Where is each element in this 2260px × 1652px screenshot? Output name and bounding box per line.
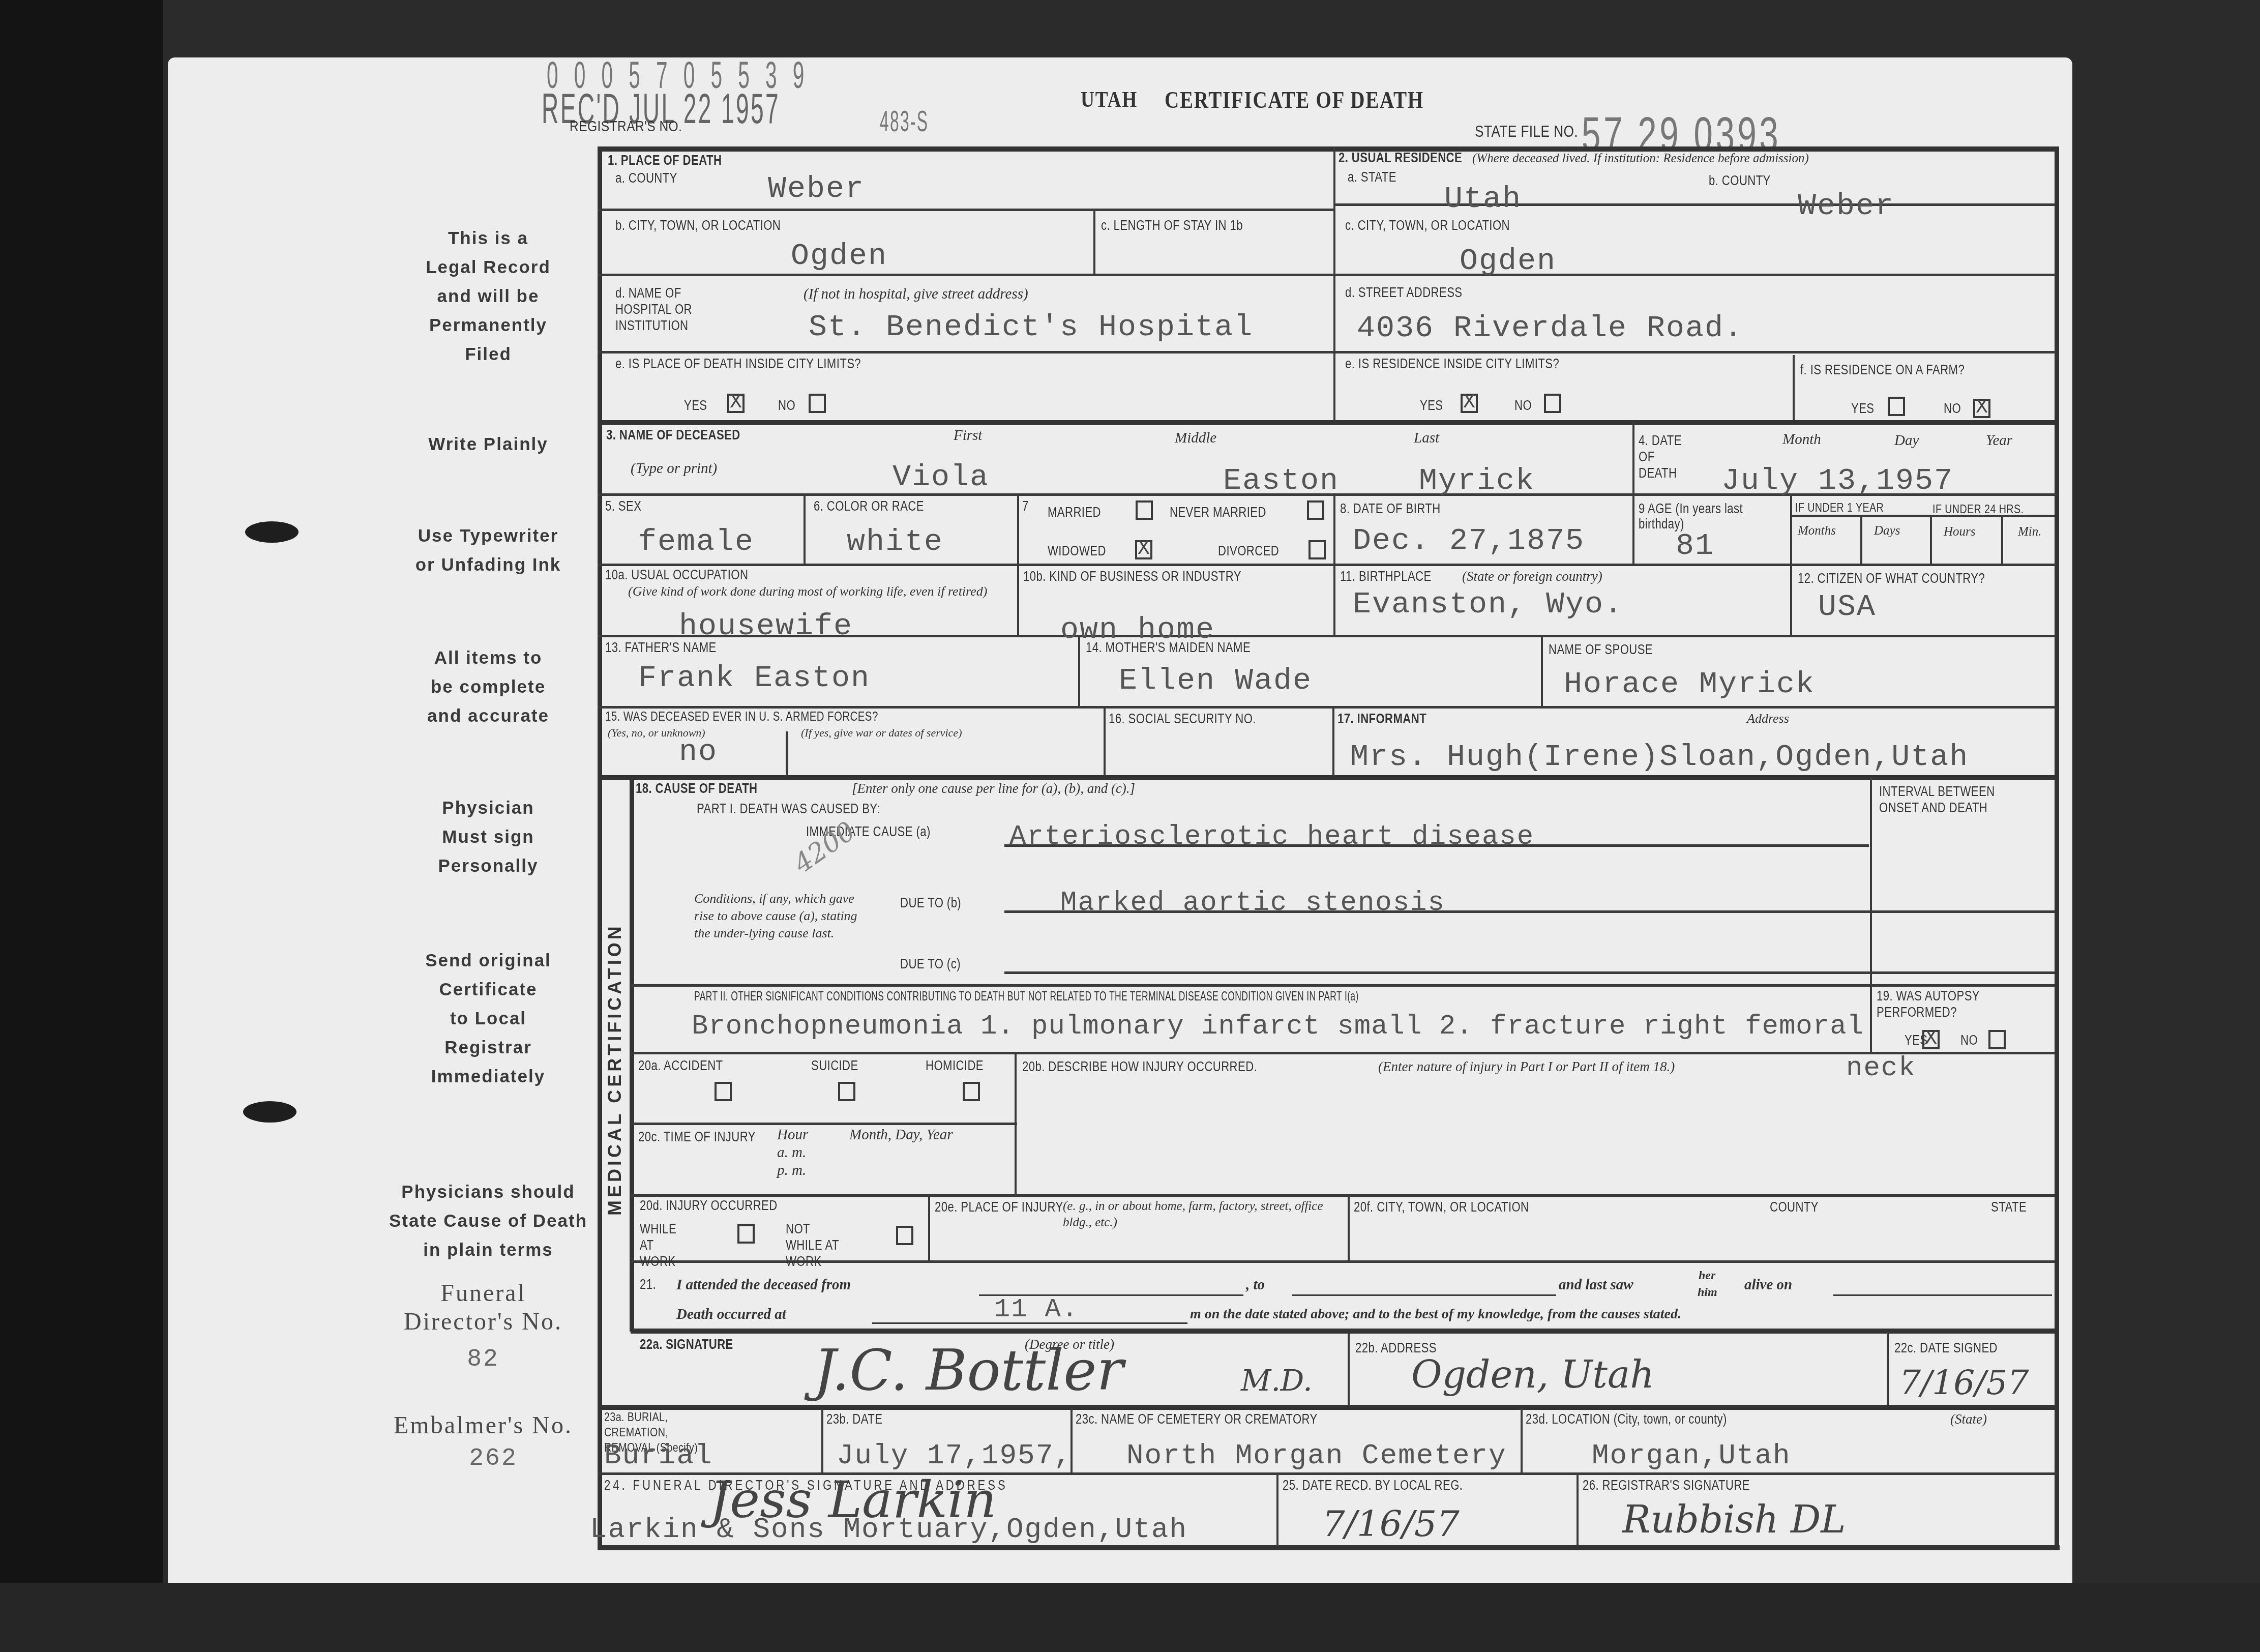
attended-to-text: , to bbox=[1246, 1277, 1265, 1293]
age-label: 9 AGE (In years last birthday) bbox=[1639, 501, 1760, 532]
embalmer-no-label: Embalmer's No. bbox=[371, 1411, 595, 1440]
margin-note-write-plainly: Write Plainly bbox=[386, 430, 590, 459]
injury-state-label: STATE bbox=[1991, 1199, 2027, 1215]
divider bbox=[1870, 777, 1872, 1052]
divider bbox=[598, 775, 2057, 780]
punch-hole bbox=[243, 1101, 296, 1123]
death-city-value[interactable]: Ogden bbox=[791, 239, 887, 274]
divider bbox=[631, 1329, 2055, 1334]
due-to-b-value[interactable]: Marked aortic stenosis bbox=[1060, 888, 1445, 919]
scan-border-bottom bbox=[0, 1583, 2260, 1652]
divider bbox=[598, 209, 1335, 211]
her-label: her bbox=[1699, 1269, 1715, 1283]
divider bbox=[598, 274, 2057, 276]
no-label: NO bbox=[1944, 401, 1961, 417]
physician-address[interactable]: Ogden, Utah bbox=[1411, 1353, 1654, 1397]
cause-of-death-label: 18. CAUSE OF DEATH bbox=[636, 781, 757, 796]
widowed-checkbox[interactable]: X bbox=[1135, 540, 1152, 559]
funeral-director-no-label: Funeral Director's No. bbox=[371, 1279, 595, 1336]
divider bbox=[1333, 203, 2056, 206]
alive-on-line[interactable] bbox=[1833, 1294, 2052, 1296]
describe-injury-hint: (Enter nature of injury in Part I or Par… bbox=[1378, 1059, 1675, 1075]
birthplace-hint: (State or foreign country) bbox=[1462, 569, 1602, 584]
date-recd-value[interactable]: 7/16/57 bbox=[1322, 1503, 1460, 1545]
farm-no-checkbox[interactable]: X bbox=[1973, 399, 1990, 418]
divider bbox=[598, 564, 2057, 566]
industry-label: 10b. KIND OF BUSINESS OR INDUSTRY bbox=[1023, 569, 1241, 584]
death-inside-city-no-checkbox[interactable] bbox=[809, 394, 826, 413]
informant-address-label: Address bbox=[1747, 711, 1789, 726]
type-or-print-hint: (Type or print) bbox=[631, 460, 717, 477]
margin-note-typewriter: Use Typewriter or Unfading Ink bbox=[386, 521, 590, 579]
death-inside-city-yes-checkbox[interactable]: X bbox=[727, 394, 745, 413]
widowed-label: WIDOWED bbox=[1048, 543, 1106, 559]
divider bbox=[631, 984, 2055, 987]
due-to-b-label: DUE TO (b) bbox=[900, 895, 961, 911]
birthplace-label: 11. BIRTHPLACE bbox=[1340, 569, 1432, 584]
residence-county-label: b. COUNTY bbox=[1709, 173, 1771, 189]
citizen-label: 12. CITIZEN OF WHAT COUNTRY? bbox=[1798, 571, 1985, 586]
yes-label: YES bbox=[1851, 401, 1875, 417]
conditions-hint: Conditions, if any, which gave rise to a… bbox=[694, 890, 862, 942]
armed-forces-value[interactable]: no bbox=[679, 735, 718, 770]
death-occurred-tail: m on the date stated above; and to the b… bbox=[1190, 1306, 1681, 1322]
residence-city-value[interactable]: Ogden bbox=[1460, 244, 1556, 279]
form-border-right bbox=[2055, 146, 2059, 1548]
divider bbox=[630, 777, 634, 1332]
year-label: Year bbox=[1986, 432, 2012, 449]
no-label: NO bbox=[1960, 1032, 1978, 1048]
burial-location-label: 23d. LOCATION (City, town, or county) bbox=[1526, 1411, 1727, 1427]
divider bbox=[1348, 1332, 1350, 1407]
registrar-signature-label: 26. REGISTRAR'S SIGNATURE bbox=[1583, 1478, 1750, 1493]
suicide-label: SUICIDE bbox=[811, 1058, 858, 1074]
part2-overflow: neck bbox=[1846, 1053, 1916, 1084]
divider bbox=[1632, 422, 1634, 494]
suicide-checkbox[interactable] bbox=[838, 1082, 855, 1101]
under-1-year-label: IF UNDER 1 YEAR bbox=[1795, 501, 1884, 515]
last-saw-text: and last saw bbox=[1559, 1277, 1633, 1293]
divider bbox=[1887, 1332, 1889, 1407]
am-label: a. m. bbox=[777, 1144, 806, 1161]
divider bbox=[1276, 1474, 1278, 1546]
residence-inside-city-label: e. IS RESIDENCE INSIDE CITY LIMITS? bbox=[1345, 356, 1559, 372]
margin-note-send-original: Send original Certificate to Local Regis… bbox=[386, 946, 590, 1091]
divider bbox=[598, 420, 2057, 425]
not-while-at-work-checkbox[interactable] bbox=[896, 1226, 913, 1245]
injury-city-label: 20f. CITY, TOWN, OR LOCATION bbox=[1354, 1199, 1529, 1215]
death-occurred-text: Death occurred at bbox=[676, 1306, 786, 1323]
residence-street-value[interactable]: 4036 Riverdale Road. bbox=[1357, 311, 1743, 346]
no-label: NO bbox=[1514, 398, 1532, 414]
divorced-label: DIVORCED bbox=[1218, 543, 1279, 559]
form-border-left bbox=[598, 146, 602, 1550]
farm-label: f. IS RESIDENCE ON A FARM? bbox=[1800, 362, 1965, 378]
first-name-label: First bbox=[954, 427, 982, 444]
date-recd-label: 25. DATE RECD. BY LOCAL REG. bbox=[1283, 1478, 1463, 1493]
divider bbox=[1104, 707, 1106, 776]
cemetery-value[interactable]: North Morgan Cemetery bbox=[1126, 1439, 1507, 1472]
street-label: d. STREET ADDRESS bbox=[1345, 285, 1462, 301]
divider bbox=[631, 1052, 2055, 1054]
divider bbox=[1541, 636, 1543, 707]
divider bbox=[631, 1194, 2055, 1197]
death-date-value[interactable]: July 13,1957 bbox=[1721, 464, 1953, 498]
state-file-label: STATE FILE NO. bbox=[1475, 122, 1578, 141]
divider bbox=[786, 731, 788, 776]
homicide-checkbox[interactable] bbox=[963, 1082, 980, 1101]
month-day-year-label: Month, Day, Year bbox=[849, 1127, 953, 1143]
form-border-bottom bbox=[598, 1545, 2060, 1550]
residence-inside-city-yes-checkbox[interactable]: X bbox=[1461, 394, 1478, 413]
never-married-checkbox[interactable] bbox=[1307, 500, 1324, 520]
title-prefix: UTAH bbox=[1081, 86, 1138, 112]
divider bbox=[928, 1195, 930, 1261]
no-label: NO bbox=[778, 398, 795, 414]
inside-city-label: e. IS PLACE OF DEATH INSIDE CITY LIMITS? bbox=[615, 356, 861, 372]
date-of-death-label: 4. DATE OF DEATH bbox=[1639, 432, 1688, 481]
death-time-value[interactable]: 11 A. bbox=[994, 1294, 1079, 1324]
margin-note-physician-sign: Physician Must sign Personally bbox=[386, 793, 590, 880]
autopsy-label: 19. WAS AUTOPSY PERFORMED? bbox=[1877, 988, 2014, 1020]
usual-residence-label: 2. USUAL RESIDENCE bbox=[1339, 150, 1462, 166]
middle-name-value[interactable]: Easton bbox=[1223, 464, 1339, 498]
signature-label: 22a. SIGNATURE bbox=[640, 1337, 733, 1352]
divider bbox=[1860, 516, 1862, 566]
divider bbox=[598, 1405, 2057, 1410]
divider bbox=[598, 351, 2057, 353]
date-signed-label: 22c. DATE SIGNED bbox=[1894, 1340, 1998, 1356]
burial-date-value[interactable]: July 17,1957, bbox=[837, 1439, 1072, 1472]
due-to-c-label: DUE TO (c) bbox=[900, 956, 961, 972]
day-label: Day bbox=[1894, 432, 1919, 449]
part2-value[interactable]: Bronchopneumonia 1. pulmonary infarct sm… bbox=[692, 1011, 1864, 1042]
middle-name-label: Middle bbox=[1175, 430, 1216, 447]
ssn-label: 16. SOCIAL SECURITY NO. bbox=[1109, 711, 1256, 727]
married-checkbox[interactable] bbox=[1136, 500, 1153, 520]
min-label: Min. bbox=[2018, 525, 2042, 539]
place-of-injury-hint: (e. g., in or about home, farm, factory,… bbox=[1063, 1198, 1343, 1231]
injury-county-label: COUNTY bbox=[1770, 1199, 1819, 1215]
last-name-value[interactable]: Myrick bbox=[1419, 464, 1535, 498]
informant-label: 17. INFORMANT bbox=[1337, 711, 1426, 727]
hospital-value[interactable]: St. Benedict's Hospital bbox=[809, 310, 1253, 345]
sex-label: 5. SEX bbox=[605, 498, 641, 514]
days-label: Days bbox=[1874, 524, 1900, 538]
divider bbox=[1093, 210, 1095, 275]
alive-on-text: alive on bbox=[1744, 1277, 1792, 1293]
yes-label: YES bbox=[684, 398, 707, 414]
margin-note-cause-plain: Physicians should State Cause of Death i… bbox=[366, 1177, 610, 1264]
scan-border-left bbox=[0, 0, 163, 1652]
time-of-injury-label: 20c. TIME OF INJURY bbox=[638, 1129, 756, 1145]
county-label: a. COUNTY bbox=[615, 170, 677, 186]
divider bbox=[1930, 516, 1932, 566]
father-value[interactable]: Frank Easton bbox=[638, 661, 870, 696]
while-at-work-checkbox[interactable] bbox=[737, 1224, 755, 1244]
burial-date-label: 23b. DATE bbox=[826, 1411, 882, 1427]
city-label: b. CITY, TOWN, OR LOCATION bbox=[615, 218, 781, 233]
while-at-work-label: WHILE AT WORK bbox=[640, 1221, 681, 1270]
hour-label: Hour bbox=[777, 1127, 808, 1143]
father-label: 13. FATHER'S NAME bbox=[605, 640, 717, 656]
marital-label: 7 bbox=[1022, 498, 1029, 514]
pm-label: p. m. bbox=[777, 1162, 806, 1179]
underline-c bbox=[1004, 971, 2055, 974]
age-value[interactable]: 81 bbox=[1676, 529, 1714, 564]
month-label: Month bbox=[1782, 431, 1821, 448]
state-label: a. STATE bbox=[1348, 169, 1396, 185]
divider bbox=[1632, 494, 1634, 566]
usual-residence-hint: (Where deceased lived. If institution: R… bbox=[1472, 152, 1809, 166]
spouse-label: NAME OF SPOUSE bbox=[1549, 642, 1653, 658]
spouse-value[interactable]: Horace Myrick bbox=[1564, 667, 1815, 702]
part1-label: PART I. DEATH WAS CAUSED BY: bbox=[697, 801, 880, 817]
armed-forces-hint-service: (If yes, give war or dates of service) bbox=[801, 726, 962, 740]
registrar-signature[interactable]: Rubbish DL bbox=[1622, 1498, 1846, 1542]
physician-signature[interactable]: J.C. Bottler bbox=[814, 1338, 1123, 1403]
mother-value[interactable]: Ellen Wade bbox=[1119, 664, 1312, 698]
length-of-stay-label: c. LENGTH OF STAY IN 1b bbox=[1101, 218, 1243, 233]
burial-location-value[interactable]: Morgan,Utah bbox=[1592, 1439, 1791, 1472]
armed-forces-label: 15. WAS DECEASED EVER IN U. S. ARMED FOR… bbox=[605, 710, 878, 724]
attended-number: 21. bbox=[640, 1277, 656, 1292]
occupation-hint: (Give kind of work done during most of w… bbox=[628, 584, 1015, 599]
divider bbox=[1521, 1408, 1523, 1474]
immediate-cause-value[interactable]: Arteriosclerotic heart disease bbox=[1009, 821, 1534, 852]
registrars-no-label: REGISTRAR'S NO. bbox=[570, 118, 682, 135]
him-label: him bbox=[1698, 1286, 1717, 1300]
divorced-checkbox[interactable] bbox=[1309, 540, 1326, 559]
describe-injury-label: 20b. DESCRIBE HOW INJURY OCCURRED. bbox=[1022, 1059, 1257, 1075]
cemetery-label: 23c. NAME OF CEMETERY OR CREMATORY bbox=[1076, 1411, 1318, 1427]
punch-hole bbox=[245, 521, 299, 543]
citizen-value[interactable]: USA bbox=[1818, 590, 1876, 625]
burial-method-value[interactable]: Burial bbox=[604, 1439, 713, 1472]
homicide-label: HOMICIDE bbox=[926, 1058, 984, 1074]
part2-label: PART II. OTHER SIGNIFICANT CONDITIONS CO… bbox=[694, 989, 1359, 1004]
divider bbox=[821, 1408, 823, 1474]
sex-value[interactable]: female bbox=[638, 525, 754, 559]
never-married-label: NEVER MARRIED bbox=[1170, 505, 1266, 520]
divider bbox=[1333, 146, 1335, 421]
residence-inside-city-no-checkbox[interactable] bbox=[1544, 394, 1561, 413]
embalmer-no: 262 bbox=[381, 1444, 605, 1473]
birth-date-label: 8. DATE OF BIRTH bbox=[1340, 501, 1441, 517]
divider bbox=[631, 1260, 2055, 1263]
birthplace-value[interactable]: Evanston, Wyo. bbox=[1353, 587, 1623, 622]
divider bbox=[1793, 355, 1795, 421]
name-of-deceased-label: 3. NAME OF DECEASED bbox=[606, 427, 740, 443]
residence-state-value[interactable]: Utah bbox=[1444, 182, 1522, 217]
first-name-value[interactable]: Viola bbox=[893, 460, 989, 495]
occupation-value[interactable]: housewife bbox=[679, 609, 853, 644]
yes-label: YES bbox=[1420, 398, 1443, 414]
funeral-director-no: 82 bbox=[371, 1345, 595, 1374]
married-label: MARRIED bbox=[1048, 505, 1101, 520]
residence-county-value[interactable]: Weber bbox=[1798, 189, 1894, 224]
residence-city-label: c. CITY, TOWN, OR LOCATION bbox=[1345, 218, 1510, 233]
divider bbox=[598, 706, 2057, 709]
not-while-at-work-label: NOT WHILE AT WORK bbox=[786, 1221, 840, 1270]
accident-checkbox[interactable] bbox=[715, 1082, 732, 1101]
place-of-death-label: 1. PLACE OF DEATH bbox=[608, 153, 722, 168]
race-value[interactable]: white bbox=[847, 525, 943, 559]
attended-text: I attended the deceased from bbox=[676, 1277, 851, 1293]
birth-date-value[interactable]: Dec. 27,1875 bbox=[1353, 524, 1585, 558]
registrars-no: 483-S bbox=[880, 104, 929, 138]
divider bbox=[631, 1123, 1017, 1125]
funeral-director-address[interactable]: Larkin & Sons Mortuary,Ogden,Utah bbox=[590, 1513, 1187, 1546]
accident-label: 20a. ACCIDENT bbox=[638, 1058, 723, 1074]
place-of-injury-label: 20e. PLACE OF INJURY bbox=[935, 1199, 1063, 1215]
divider bbox=[804, 494, 806, 566]
hospital-hint: (If not in hospital, give street address… bbox=[804, 286, 1028, 303]
autopsy-no-checkbox[interactable] bbox=[1988, 1030, 2006, 1049]
divider bbox=[2001, 516, 2003, 566]
occupation-label: 10a. USUAL OCCUPATION bbox=[605, 567, 748, 583]
farm-yes-checkbox[interactable] bbox=[1888, 397, 1905, 416]
date-signed-value[interactable]: 7/16/57 bbox=[1899, 1363, 2029, 1402]
cause-hint: [Enter only one cause per line for (a), … bbox=[852, 781, 1135, 796]
physician-degree: M.D. bbox=[1241, 1363, 1313, 1398]
race-label: 6. COLOR OR RACE bbox=[814, 498, 924, 514]
burial-state-label: (State) bbox=[1950, 1411, 1987, 1427]
autopsy-yes-checkbox[interactable]: X bbox=[1922, 1030, 1940, 1049]
death-county-value[interactable]: Weber bbox=[768, 172, 865, 206]
divider bbox=[1577, 1474, 1579, 1546]
margin-note-complete: All items to be complete and accurate bbox=[386, 643, 590, 730]
months-label: Months bbox=[1798, 524, 1836, 538]
divider bbox=[1348, 1195, 1350, 1261]
interval-label: INTERVAL BETWEEN ONSET AND DEATH bbox=[1879, 783, 2017, 816]
hours-label: Hours bbox=[1944, 525, 1976, 539]
injury-occurred-label: 20d. INJURY OCCURRED bbox=[640, 1198, 778, 1214]
informant-value[interactable]: Mrs. Hugh(Irene)Sloan,Ogden,Utah bbox=[1350, 740, 1969, 775]
medical-certification-label: MEDICAL CERTIFICATION bbox=[604, 923, 626, 1216]
hospital-label: d. NAME OF HOSPITAL OR INSTITUTION bbox=[615, 285, 699, 334]
margin-note-legal-record: This is a Legal Record and will be Perma… bbox=[386, 224, 590, 369]
under-24-hrs-label: IF UNDER 24 HRS. bbox=[1932, 503, 2024, 517]
mother-label: 14. MOTHER'S MAIDEN NAME bbox=[1086, 640, 1251, 656]
form-border-top bbox=[598, 146, 2057, 152]
divider bbox=[1332, 707, 1334, 776]
attended-to-line[interactable] bbox=[1292, 1294, 1556, 1296]
page-title: CERTIFICATE OF DEATH bbox=[1165, 86, 1424, 113]
last-name-label: Last bbox=[1414, 430, 1439, 447]
